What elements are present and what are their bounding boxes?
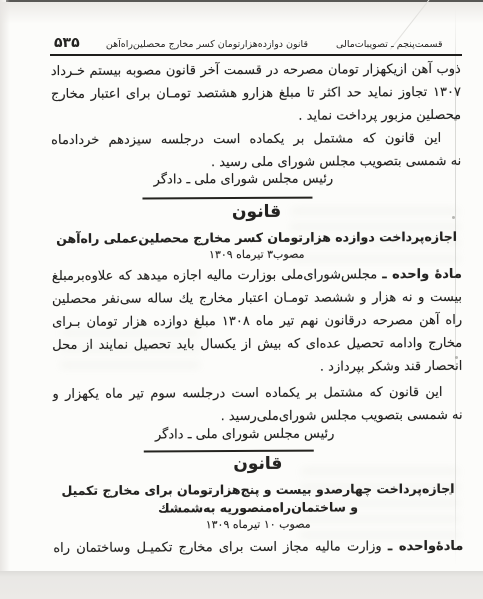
text-line: ذوب آهن ازیکهزار تومان مصرحه در قسمت آخر… bbox=[51, 58, 461, 83]
text-line: بیست و نه هزار و ششصد تومـان اعتبار مخار… bbox=[52, 286, 462, 311]
continuation-paragraph-1: ذوب آهن ازیکهزار تومان مصرحه در قسمت آخر… bbox=[51, 58, 461, 129]
section-divider-rule bbox=[142, 197, 312, 200]
signature-line: رئیس مجلس شورای ملی ـ دادگر bbox=[129, 171, 357, 187]
section-divider-rule bbox=[144, 450, 314, 453]
law2-article-paragraph: مادۀ‌واحده ـ وزارت مالیه مجاز است برای م… bbox=[53, 535, 463, 560]
continuation-paragraph-2: این قانون که مشتمل بر یکماده است درجلسه … bbox=[51, 127, 461, 175]
article-label: مادۀ واحده ـ bbox=[382, 267, 462, 282]
text-line: مادۀ‌واحده ـ وزارت مالیه مجاز است برای م… bbox=[53, 535, 463, 560]
signature-line: رئیس مجلس شورای ملی ـ دادگر bbox=[131, 426, 359, 442]
law1-closing-paragraph: این قانون که مشتمل بر یکماده است درجلسه … bbox=[52, 381, 462, 429]
page-body: ذوب آهن ازیکهزار تومان مصرحه در قسمت آخر… bbox=[0, 0, 483, 599]
text-line: این قانون که مشتمل بر یکماده است درجلسه … bbox=[51, 127, 461, 152]
text-line: نه شمسی بتصویب مجلس شورای‌ملی‌رسید . bbox=[53, 404, 463, 429]
law-heading: قانون bbox=[51, 201, 461, 223]
law-title-line: اجازه‌پرداخت چهارصدو بیست و پنج‌هزارتوما… bbox=[53, 480, 463, 500]
text-line: محصلین مزبور پرداخت نماید . bbox=[51, 104, 461, 129]
text-line: این قانون که مشتمل بر یکماده است درجلسه … bbox=[52, 381, 462, 406]
approval-date: مصوب ۱۰ تیرماه ۱۳۰۹ bbox=[53, 517, 463, 532]
law-title-line: و ساختمان‌راه‌منصوریه به‌شمشك bbox=[53, 498, 463, 518]
text-line: انحصار قند وشکر بپردازد . bbox=[52, 355, 462, 380]
text-line: راه آهن مصرحه درقانون نهم تیر ماه ۱۳۰۸ م… bbox=[52, 309, 462, 334]
law-title: اجازه‌پرداخت دوازده هزارتومان کسر مخارج … bbox=[52, 228, 462, 248]
article-text: مجلس‌شورای‌ملی بوزارت مالیه اجازه میدهد … bbox=[52, 267, 377, 284]
approval-date: مصوب۳ تیرماه ۱۳۰۹ bbox=[52, 247, 462, 262]
law1-article-paragraph: مادۀ واحده ـ مجلس‌شورای‌ملی بوزارت مالیه… bbox=[52, 263, 463, 380]
scan-bottom-edge bbox=[0, 571, 483, 599]
text-line: مادۀ واحده ـ مجلس‌شورای‌ملی بوزارت مالیه… bbox=[52, 263, 462, 288]
law-heading: قانون bbox=[53, 453, 463, 475]
article-text: وزارت مالیه مجاز است برای مخارج تکمیـل و… bbox=[53, 539, 381, 556]
article-label: مادۀ‌واحده ـ bbox=[388, 539, 463, 554]
scanned-document-page: { "header": { "section": "قسمت‌پنجم ـ تص… bbox=[0, 0, 483, 599]
text-line: مخارج وادامه تحصیل عده‌ای که بیش از یکسا… bbox=[52, 332, 462, 357]
law-title: اجازه‌پرداخت چهارصدو بیست و پنج‌هزارتوما… bbox=[53, 480, 463, 518]
scan-canvas: ۵۳۵ قانون دوازده‌هزارتومان کسر مخارج محص… bbox=[0, 0, 483, 599]
text-line: ۱۳۰۷ تجاوز نماید حد اکثر تا مبلغ هزارو ه… bbox=[51, 81, 461, 106]
